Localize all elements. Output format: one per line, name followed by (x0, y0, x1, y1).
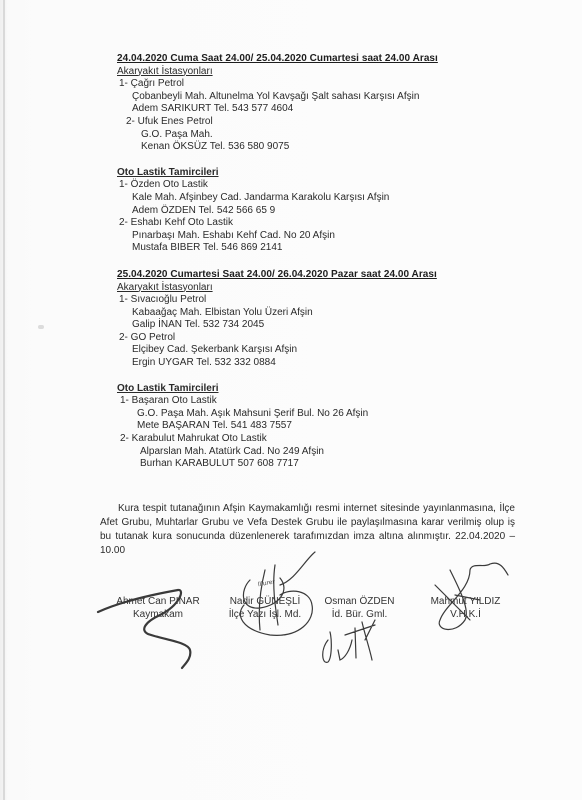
signatory-name: Nadir GÜNEŞLİ (215, 595, 315, 608)
fuel-station-item: 1- Çağrı Petrol Çobanbeyli Mah. Altunelm… (117, 78, 517, 116)
item-contact: Adem SARIKURT Tel. 543 577 4604 (117, 103, 517, 116)
item-name: 1- Başaran Oto Lastik (117, 395, 517, 408)
section-title: 24.04.2020 Cuma Saat 24.00/ 25.04.2020 C… (117, 53, 517, 66)
signatory-title: İlçe Yazı İşl. Md. (215, 608, 315, 621)
closing-paragraph-text: Kura tespit tutanağının Afşin Kaymakamlı… (100, 503, 515, 556)
item-contact: Adem ÖZDEN Tel. 542 566 65 9 (117, 205, 517, 218)
item-address: Çobanbeyli Mah. Altunelma Yol Kavşağı Şa… (117, 91, 517, 104)
tire-repair-item: 2- Eshabı Kehf Oto Lastik Pınarbaşı Mah.… (117, 217, 517, 255)
item-address: Kabaağaç Mah. Elbistan Yolu Üzeri Afşin (117, 307, 517, 320)
closing-paragraph: Kura tespit tutanağının Afşin Kaymakamlı… (100, 502, 515, 558)
item-contact: Galip İNAN Tel. 532 734 2045 (117, 319, 517, 332)
section-title: 25.04.2020 Cumartesi Saat 24.00/ 26.04.2… (117, 269, 517, 282)
scanned-document-page: 24.04.2020 Cuma Saat 24.00/ 25.04.2020 C… (0, 0, 582, 800)
item-address: Kale Mah. Afşinbey Cad. Jandarma Karakol… (117, 192, 517, 205)
item-address: Pınarbaşı Mah. Eshabı Kehf Cad. No 20 Af… (117, 230, 517, 243)
schedule-section-1: 24.04.2020 Cuma Saat 24.00/ 25.04.2020 C… (117, 53, 517, 255)
item-address: G.O. Paşa Mah. Aşık Mahsuni Şerif Bul. N… (117, 408, 517, 421)
item-name: 1- Sıvacıoğlu Petrol (117, 294, 517, 307)
signatory-title: İd. Bür. Gml. (312, 608, 407, 621)
tire-repair-item: 1- Özden Oto Lastik Kale Mah. Afşinbey C… (117, 179, 517, 217)
duty-schedule: 24.04.2020 Cuma Saat 24.00/ 25.04.2020 C… (117, 53, 517, 471)
item-name: 2- Eshabı Kehf Oto Lastik (117, 217, 517, 230)
fuel-station-item: 2- Ufuk Enes Petrol G.O. Paşa Mah. Kenan… (117, 116, 517, 154)
item-name: 2- GO Petrol (117, 332, 517, 345)
fuel-station-item: 2- GO Petrol Elçibey Cad. Şekerbank Karş… (117, 332, 517, 370)
item-name: 2- Ufuk Enes Petrol (117, 116, 517, 129)
tire-repair-item: 2- Karabulut Mahrukat Oto Lastik Alparsl… (117, 433, 517, 471)
item-address: Alparslan Mah. Atatürk Cad. No 249 Afşin (117, 446, 517, 459)
fuel-station-item: 1- Sıvacıoğlu Petrol Kabaağaç Mah. Elbis… (117, 294, 517, 332)
signatory-name: Mahmut YILDIZ (418, 595, 513, 608)
signature-block-yazi-isleri: Nadir GÜNEŞLİ İlçe Yazı İşl. Md. (215, 595, 315, 621)
signatory-title: V.H.K.İ (418, 608, 513, 621)
item-address: Elçibey Cad. Şekerbank Karşısı Afşin (117, 344, 517, 357)
scan-speck (38, 325, 44, 329)
item-contact: Kenan ÖKSÜZ Tel. 536 580 9075 (117, 141, 517, 154)
signature-block-vhki: Mahmut YILDIZ V.H.K.İ (418, 595, 513, 621)
item-address: G.O. Paşa Mah. (117, 129, 517, 142)
item-name: 1- Çağrı Petrol (117, 78, 517, 91)
item-name: 1- Özden Oto Lastik (117, 179, 517, 192)
svg-text:lllurer: lllurer (257, 578, 276, 588)
signature-block-kaymakam: Ahmet Can PINAR Kaymakam (108, 595, 208, 621)
item-contact: Ergin UYGAR Tel. 532 332 0884 (117, 357, 517, 370)
tire-repair-heading: Oto Lastik Tamircileri (117, 383, 517, 396)
item-contact: Burhan KARABULUT 507 608 7717 (117, 458, 517, 471)
tire-repair-heading: Oto Lastik Tamircileri (117, 167, 517, 180)
fuel-stations-heading: Akaryakıt İstasyonları (117, 66, 517, 79)
item-name: 2- Karabulut Mahrukat Oto Lastik (117, 433, 517, 446)
signatory-name: Ahmet Can PINAR (108, 595, 208, 608)
item-contact: Mete BAŞARAN Tel. 541 483 7557 (117, 420, 517, 433)
signatory-title: Kaymakam (108, 608, 208, 621)
schedule-section-2: 25.04.2020 Cumartesi Saat 24.00/ 26.04.2… (117, 269, 517, 471)
signatory-name: Osman ÖZDEN (312, 595, 407, 608)
signature-block-id-bur: Osman ÖZDEN İd. Bür. Gml. (312, 595, 407, 621)
fuel-stations-heading: Akaryakıt İstasyonları (117, 282, 517, 295)
tire-repair-item: 1- Başaran Oto Lastik G.O. Paşa Mah. Aşı… (117, 395, 517, 433)
item-contact: Mustafa BIBER Tel. 546 869 2141 (117, 242, 517, 255)
page-edge-shadow (3, 0, 5, 800)
